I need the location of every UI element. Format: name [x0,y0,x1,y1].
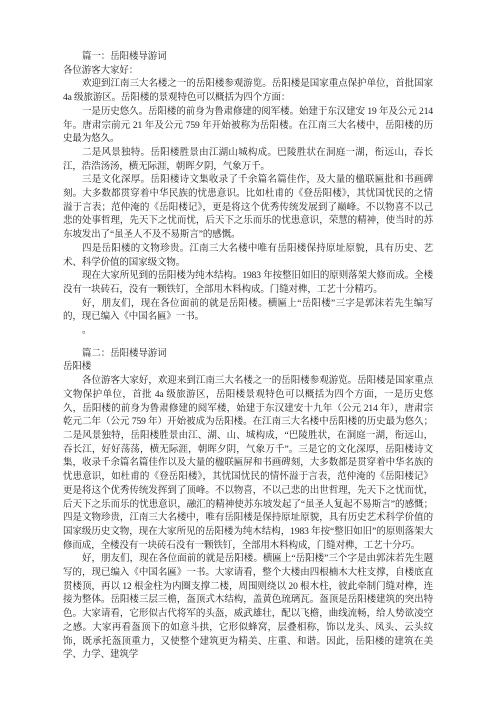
paragraph-stray-period: 。 [63,325,433,339]
paragraph: 一是历史悠久。岳阳楼的前身为鲁肃修建的阅军楼。始建于东汉建安 19 年及公元 2… [63,106,433,147]
paragraph: 好，朋友们，现在各位面前的就是岳阳楼。横匾上“岳阳楼”三个字是由郭沫若先生题写的… [63,553,433,663]
essay-1-title: 篇一：岳阳楼导游词 [63,51,433,65]
essay-1: 篇一：岳阳楼导游词 各位游客大家好： 欢迎到江南三大名楼之一的岳阳楼参观游览。岳… [63,51,433,339]
essay-2: 篇二：岳阳楼导游词 岳阳楼 各位游客大家好，欢迎来到江南三大名楼之一的岳阳楼参观… [63,348,433,663]
essay-2-title: 篇二：岳阳楼导游词 [63,348,433,362]
paragraph: 各位游客大家好： [63,65,433,79]
document-page: 篇一：岳阳楼导游词 各位游客大家好： 欢迎到江南三大名楼之一的岳阳楼参观游览。岳… [0,0,496,702]
paragraph: 二是风景独特。岳阳楼胜景由江湖山城构成。巴陵胜状在洞庭一湖，衔远山，吞长江，浩浩… [63,147,433,174]
paragraph: 现在大家所见到的岳阳楼为纯木结构。1983 年按整旧如旧的原则落架大修而成。全楼… [63,270,433,297]
paragraph: 三是文化深厚。岳阳楼诗文集收录了千余篇名篇佳作，及大量的楹联匾批和书画碑刻。大多… [63,174,433,243]
paragraph: 好，朋友们，现在各位面前的就是岳阳楼。横匾上“岳阳楼”三字是郭沫若先生编写的，现… [63,298,433,325]
paragraph: 欢迎到江南三大名楼之一的岳阳楼参观游览。岳阳楼是国家重点保护单位，首批国家 4a… [63,78,433,105]
paragraph: 各位游客大家好，欢迎来到江南三大名楼之一的岳阳楼参观游览。岳阳楼是国家重点文物保… [63,375,433,553]
paragraph: 四是岳阳楼的文物珍贵。江南三大名楼中唯有岳阳楼保持原址原貌，具有历史、艺术、科学… [63,243,433,270]
paragraph: 岳阳楼 [63,361,433,375]
